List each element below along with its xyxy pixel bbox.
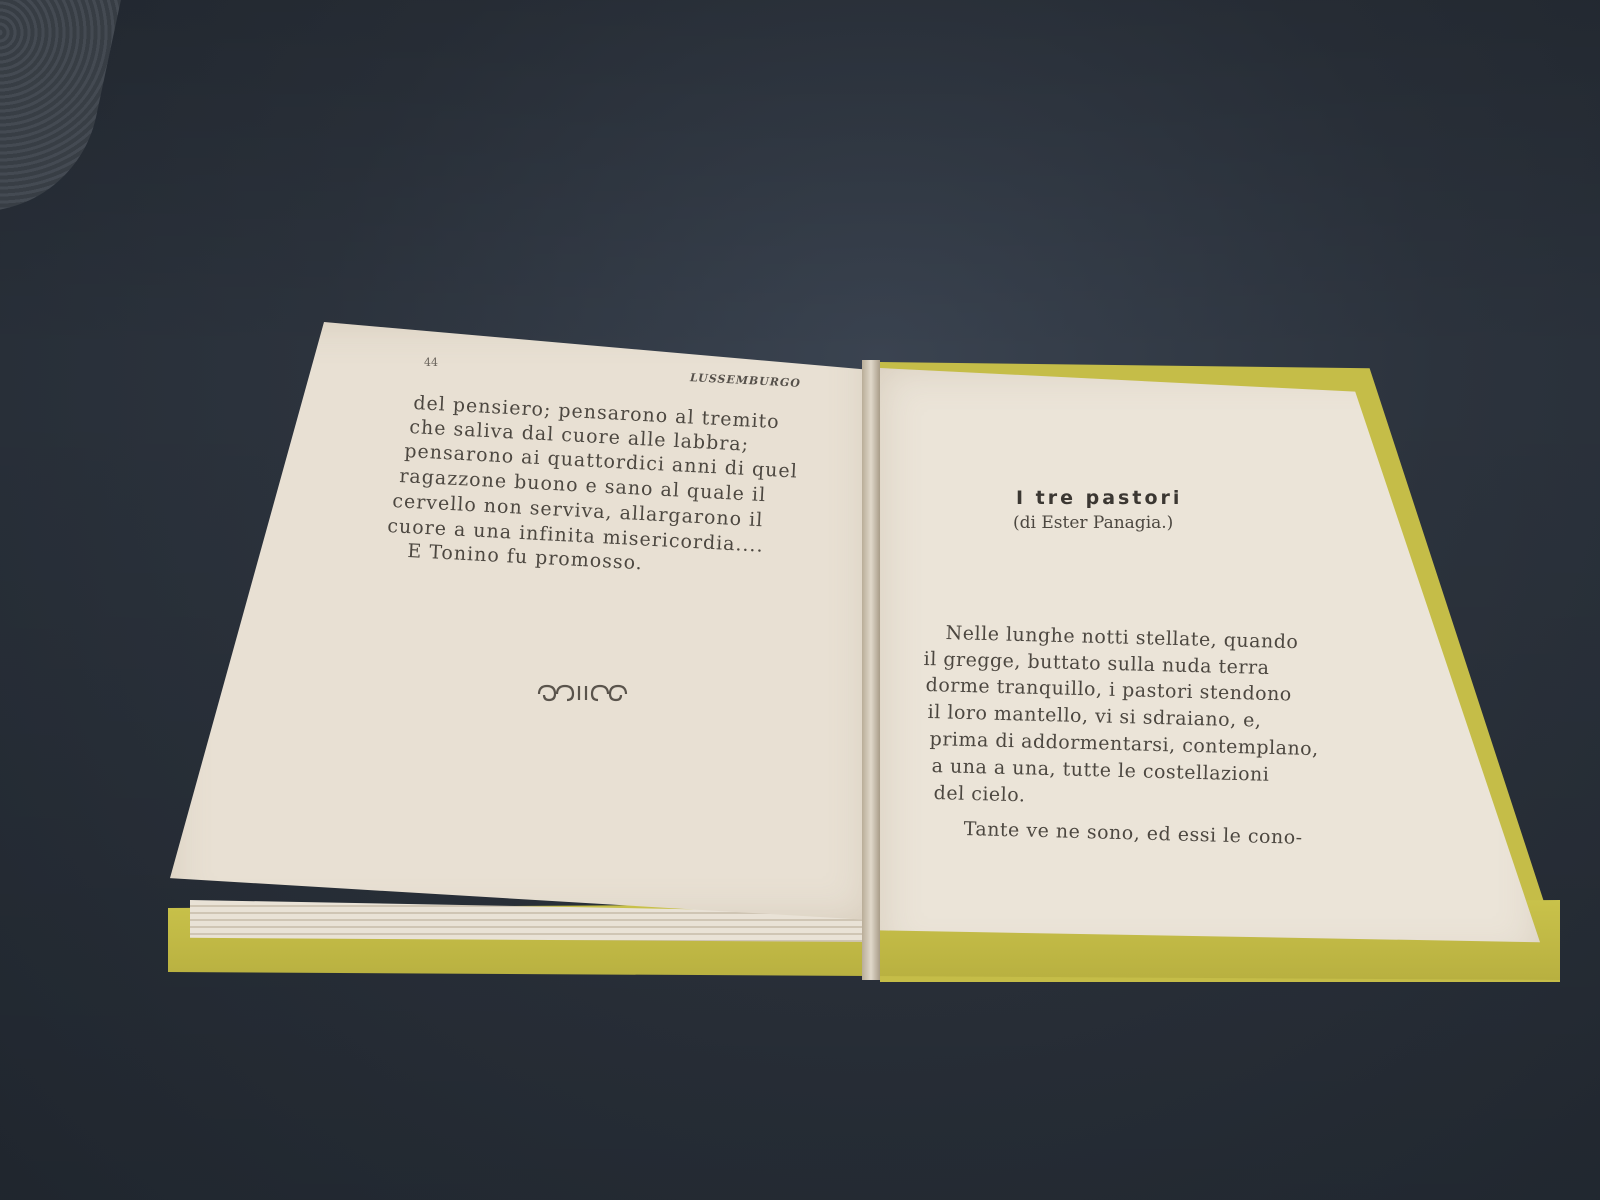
- scroll-ornament-icon: [535, 680, 630, 706]
- book-gutter: [862, 360, 880, 980]
- story-title: I tre pastori: [1016, 487, 1182, 509]
- page-number: 44: [424, 356, 438, 369]
- body-line: del cielo.: [933, 782, 1025, 806]
- story-byline: (di Ester Panagia.): [1013, 513, 1173, 533]
